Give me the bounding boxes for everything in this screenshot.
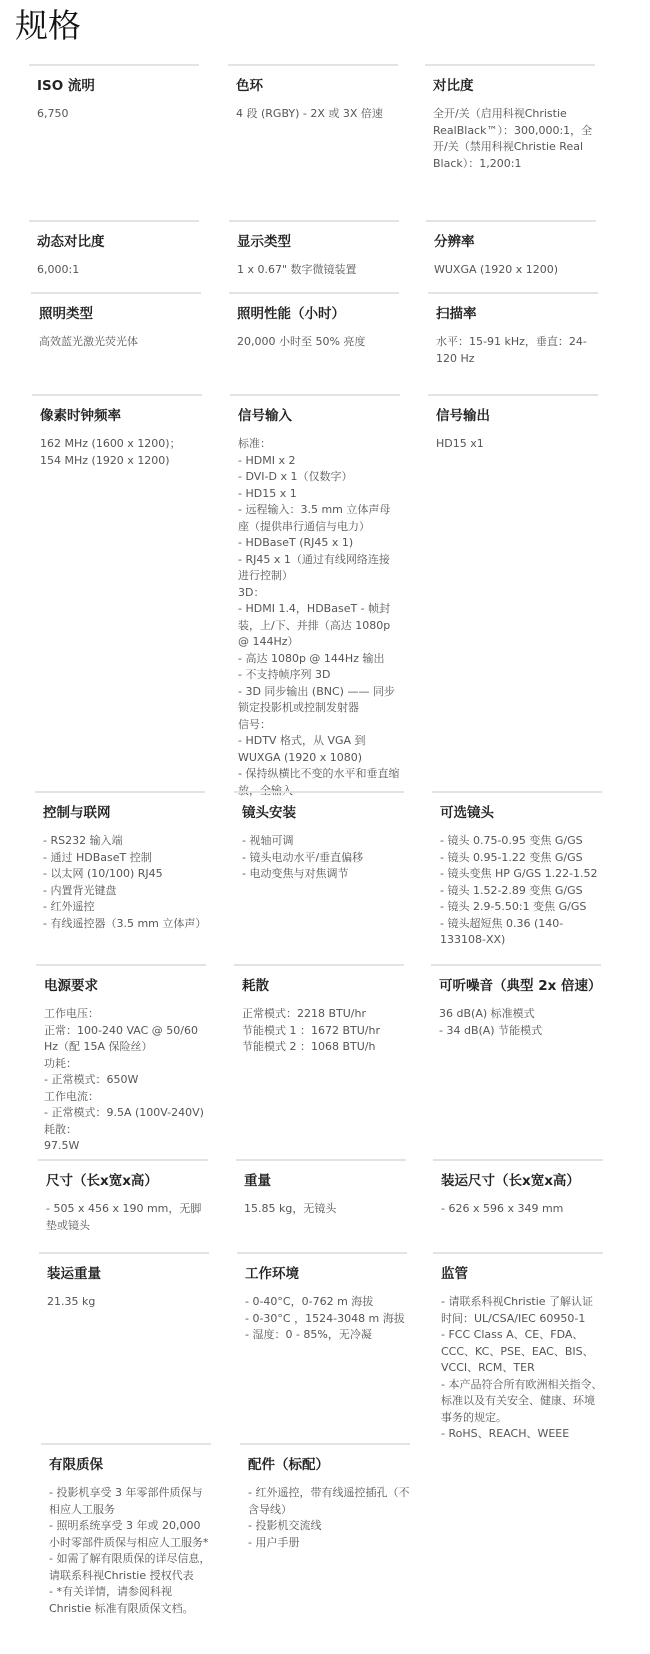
spec-label: 工作环境 <box>245 1264 405 1284</box>
divider <box>29 220 199 222</box>
spec-label: 分辨率 <box>434 232 594 252</box>
spec-label: 尺寸（长x宽x高） <box>46 1171 206 1191</box>
spec-signal-input: 信号输入标准： - HDMI x 2 - DVI-D x 1（仅数字） - HD… <box>230 394 400 799</box>
divider <box>36 964 206 966</box>
divider <box>240 1443 410 1445</box>
spec-value: 162 MHz (1600 x 1200)； 154 MHz (1920 x 1… <box>40 436 202 469</box>
spec-value: - 视轴可调 - 镜头电动水平/垂直偏移 - 电动变焦与对焦调节 <box>242 833 404 883</box>
spec-regulatory: 监管- 请联系科视Christie 了解认证时间：UL/CSA/IEC 6095… <box>433 1252 603 1443</box>
divider <box>230 394 400 396</box>
spec-label: ISO 流明 <box>37 76 197 96</box>
spec-label: 耗散 <box>242 976 402 996</box>
spec-operating-environment: 工作环境- 0-40°C，0-762 m 海拔 - 0-30°C ，1524-3… <box>237 1252 407 1344</box>
spec-value: 1 x 0.67" 数字微镜装置 <box>237 262 399 279</box>
spec-iso-lumens: ISO 流明6,750 <box>29 64 199 123</box>
spec-label: 监管 <box>441 1264 601 1284</box>
spec-illumination-type: 照明类型高效蓝光激光荧光体 <box>31 292 201 351</box>
spec-optional-lenses: 可选镜头- 镜头 0.75-0.95 变焦 G/GS - 镜头 0.95-1.2… <box>432 791 602 949</box>
spec-label: 镜头安装 <box>242 803 402 823</box>
divider <box>32 394 202 396</box>
spec-label: 控制与联网 <box>43 803 203 823</box>
divider <box>38 1159 208 1161</box>
spec-scan-rate: 扫描率水平：15-91 kHz，垂直：24-120 Hz <box>428 292 598 367</box>
spec-value: 4 段 (RGBY) - 2X 或 3X 倍速 <box>236 106 398 123</box>
spec-label: 可选镜头 <box>440 803 600 823</box>
spec-value: - 投影机享受 3 年零部件质保与相应人工服务 - 照明系统享受 3 年或 20… <box>49 1485 211 1617</box>
spec-dynamic-contrast: 动态对比度6,000:1 <box>29 220 199 279</box>
spec-label: 信号输入 <box>238 406 398 426</box>
divider <box>29 64 199 66</box>
divider <box>425 64 595 66</box>
spec-label: 电源要求 <box>44 976 204 996</box>
spec-value: - 红外遥控，带有线遥控插孔（不含导线） - 投影机交流线 - 用户手册 <box>248 1485 410 1551</box>
spec-value: - 镜头 0.75-0.95 变焦 G/GS - 镜头 0.95-1.22 变焦… <box>440 833 602 949</box>
spec-label: 照明类型 <box>39 304 199 324</box>
divider <box>433 1159 603 1161</box>
spec-label: 照明性能（小时） <box>237 304 397 324</box>
spec-value: - 626 x 596 x 349 mm <box>441 1201 603 1218</box>
divider <box>41 1443 211 1445</box>
spec-value: 6,750 <box>37 106 199 123</box>
spec-label: 配件（标配） <box>248 1455 408 1475</box>
spec-label: 动态对比度 <box>37 232 197 252</box>
spec-signal-output: 信号输出HD15 x1 <box>428 394 598 453</box>
spec-value: HD15 x1 <box>436 436 598 453</box>
spec-value: 正常模式：2218 BTU/hr 节能模式 1 ：1672 BTU/hr 节能模… <box>242 1006 404 1056</box>
spec-value: 工作电压： 正常：100-240 VAC @ 50/60 Hz（配 15A 保险… <box>44 1006 206 1155</box>
divider <box>234 964 404 966</box>
page-title: 规格 <box>15 4 81 48</box>
spec-value: - 请联系科视Christie 了解认证时间：UL/CSA/IEC 60950-… <box>441 1294 603 1443</box>
spec-label: 对比度 <box>433 76 593 96</box>
spec-heat-dissipation: 耗散正常模式：2218 BTU/hr 节能模式 1 ：1672 BTU/hr 节… <box>234 964 404 1056</box>
divider <box>39 1252 209 1254</box>
divider <box>432 791 602 793</box>
spec-contrast: 对比度全开/关（启用科视Christie RealBlack™）：300,000… <box>425 64 595 172</box>
spec-value: - 0-40°C，0-762 m 海拔 - 0-30°C ，1524-3048 … <box>245 1294 407 1344</box>
divider <box>428 394 598 396</box>
spec-label: 色环 <box>236 76 396 96</box>
spec-control-networking: 控制与联网- RS232 输入端 - 通过 HDBaseT 控制 - 以太网 (… <box>35 791 205 932</box>
divider <box>431 964 601 966</box>
spec-accessories: 配件（标配）- 红外遥控，带有线遥控插孔（不含导线） - 投影机交流线 - 用户… <box>240 1443 410 1551</box>
spec-value: 6,000:1 <box>37 262 199 279</box>
spec-label: 重量 <box>244 1171 404 1191</box>
spec-color-wheel: 色环4 段 (RGBY) - 2X 或 3X 倍速 <box>228 64 398 123</box>
spec-value: 全开/关（启用科视Christie RealBlack™）：300,000:1，… <box>433 106 595 172</box>
divider <box>428 292 598 294</box>
spec-resolution: 分辨率WUXGA (1920 x 1200) <box>426 220 596 279</box>
spec-value: 36 dB(A) 标准模式 - 34 dB(A) 节能模式 <box>439 1006 601 1039</box>
divider <box>236 1159 406 1161</box>
spec-label: 有限质保 <box>49 1455 209 1475</box>
spec-shipping-weight: 装运重量21.35 kg <box>39 1252 209 1311</box>
spec-illumination-life: 照明性能（小时）20,000 小时至 50% 亮度 <box>229 292 399 351</box>
divider <box>31 292 201 294</box>
spec-pixel-clock: 像素时钟频率162 MHz (1600 x 1200)； 154 MHz (19… <box>32 394 202 469</box>
divider <box>229 220 399 222</box>
spec-audible-noise: 可听噪音（典型 2x 倍速）36 dB(A) 标准模式 - 34 dB(A) 节… <box>431 964 601 1039</box>
divider <box>237 1252 407 1254</box>
spec-lens-mount: 镜头安装- 视轴可调 - 镜头电动水平/垂直偏移 - 电动变焦与对焦调节 <box>234 791 404 883</box>
spec-shipping-dimensions: 装运尺寸（长x宽x高）- 626 x 596 x 349 mm <box>433 1159 603 1218</box>
spec-value: 15.85 kg，无镜头 <box>244 1201 406 1218</box>
spec-label: 可听噪音（典型 2x 倍速） <box>439 976 599 996</box>
divider <box>426 220 596 222</box>
divider <box>433 1252 603 1254</box>
spec-label: 装运尺寸（长x宽x高） <box>441 1171 601 1191</box>
spec-weight: 重量15.85 kg，无镜头 <box>236 1159 406 1218</box>
spec-value: - RS232 输入端 - 通过 HDBaseT 控制 - 以太网 (10/10… <box>43 833 205 932</box>
spec-limited-warranty: 有限质保- 投影机享受 3 年零部件质保与相应人工服务 - 照明系统享受 3 年… <box>41 1443 211 1617</box>
spec-dimensions: 尺寸（长x宽x高）- 505 x 456 x 190 mm，无脚垫或镜头 <box>38 1159 208 1234</box>
spec-value: - 505 x 456 x 190 mm，无脚垫或镜头 <box>46 1201 208 1234</box>
divider <box>234 791 404 793</box>
spec-display-type: 显示类型1 x 0.67" 数字微镜装置 <box>229 220 399 279</box>
divider <box>228 64 398 66</box>
spec-label: 扫描率 <box>436 304 596 324</box>
spec-label: 信号输出 <box>436 406 596 426</box>
spec-value: 水平：15-91 kHz，垂直：24-120 Hz <box>436 334 598 367</box>
spec-value: WUXGA (1920 x 1200) <box>434 262 596 279</box>
divider <box>229 292 399 294</box>
spec-value: 21.35 kg <box>47 1294 209 1311</box>
spec-value: 标准： - HDMI x 2 - DVI-D x 1（仅数字） - HD15 x… <box>238 436 400 799</box>
spec-power-requirements: 电源要求工作电压： 正常：100-240 VAC @ 50/60 Hz（配 15… <box>36 964 206 1155</box>
divider <box>35 791 205 793</box>
spec-label: 显示类型 <box>237 232 397 252</box>
spec-value: 高效蓝光激光荧光体 <box>39 334 201 351</box>
spec-label: 像素时钟频率 <box>40 406 200 426</box>
spec-label: 装运重量 <box>47 1264 207 1284</box>
spec-value: 20,000 小时至 50% 亮度 <box>237 334 399 351</box>
